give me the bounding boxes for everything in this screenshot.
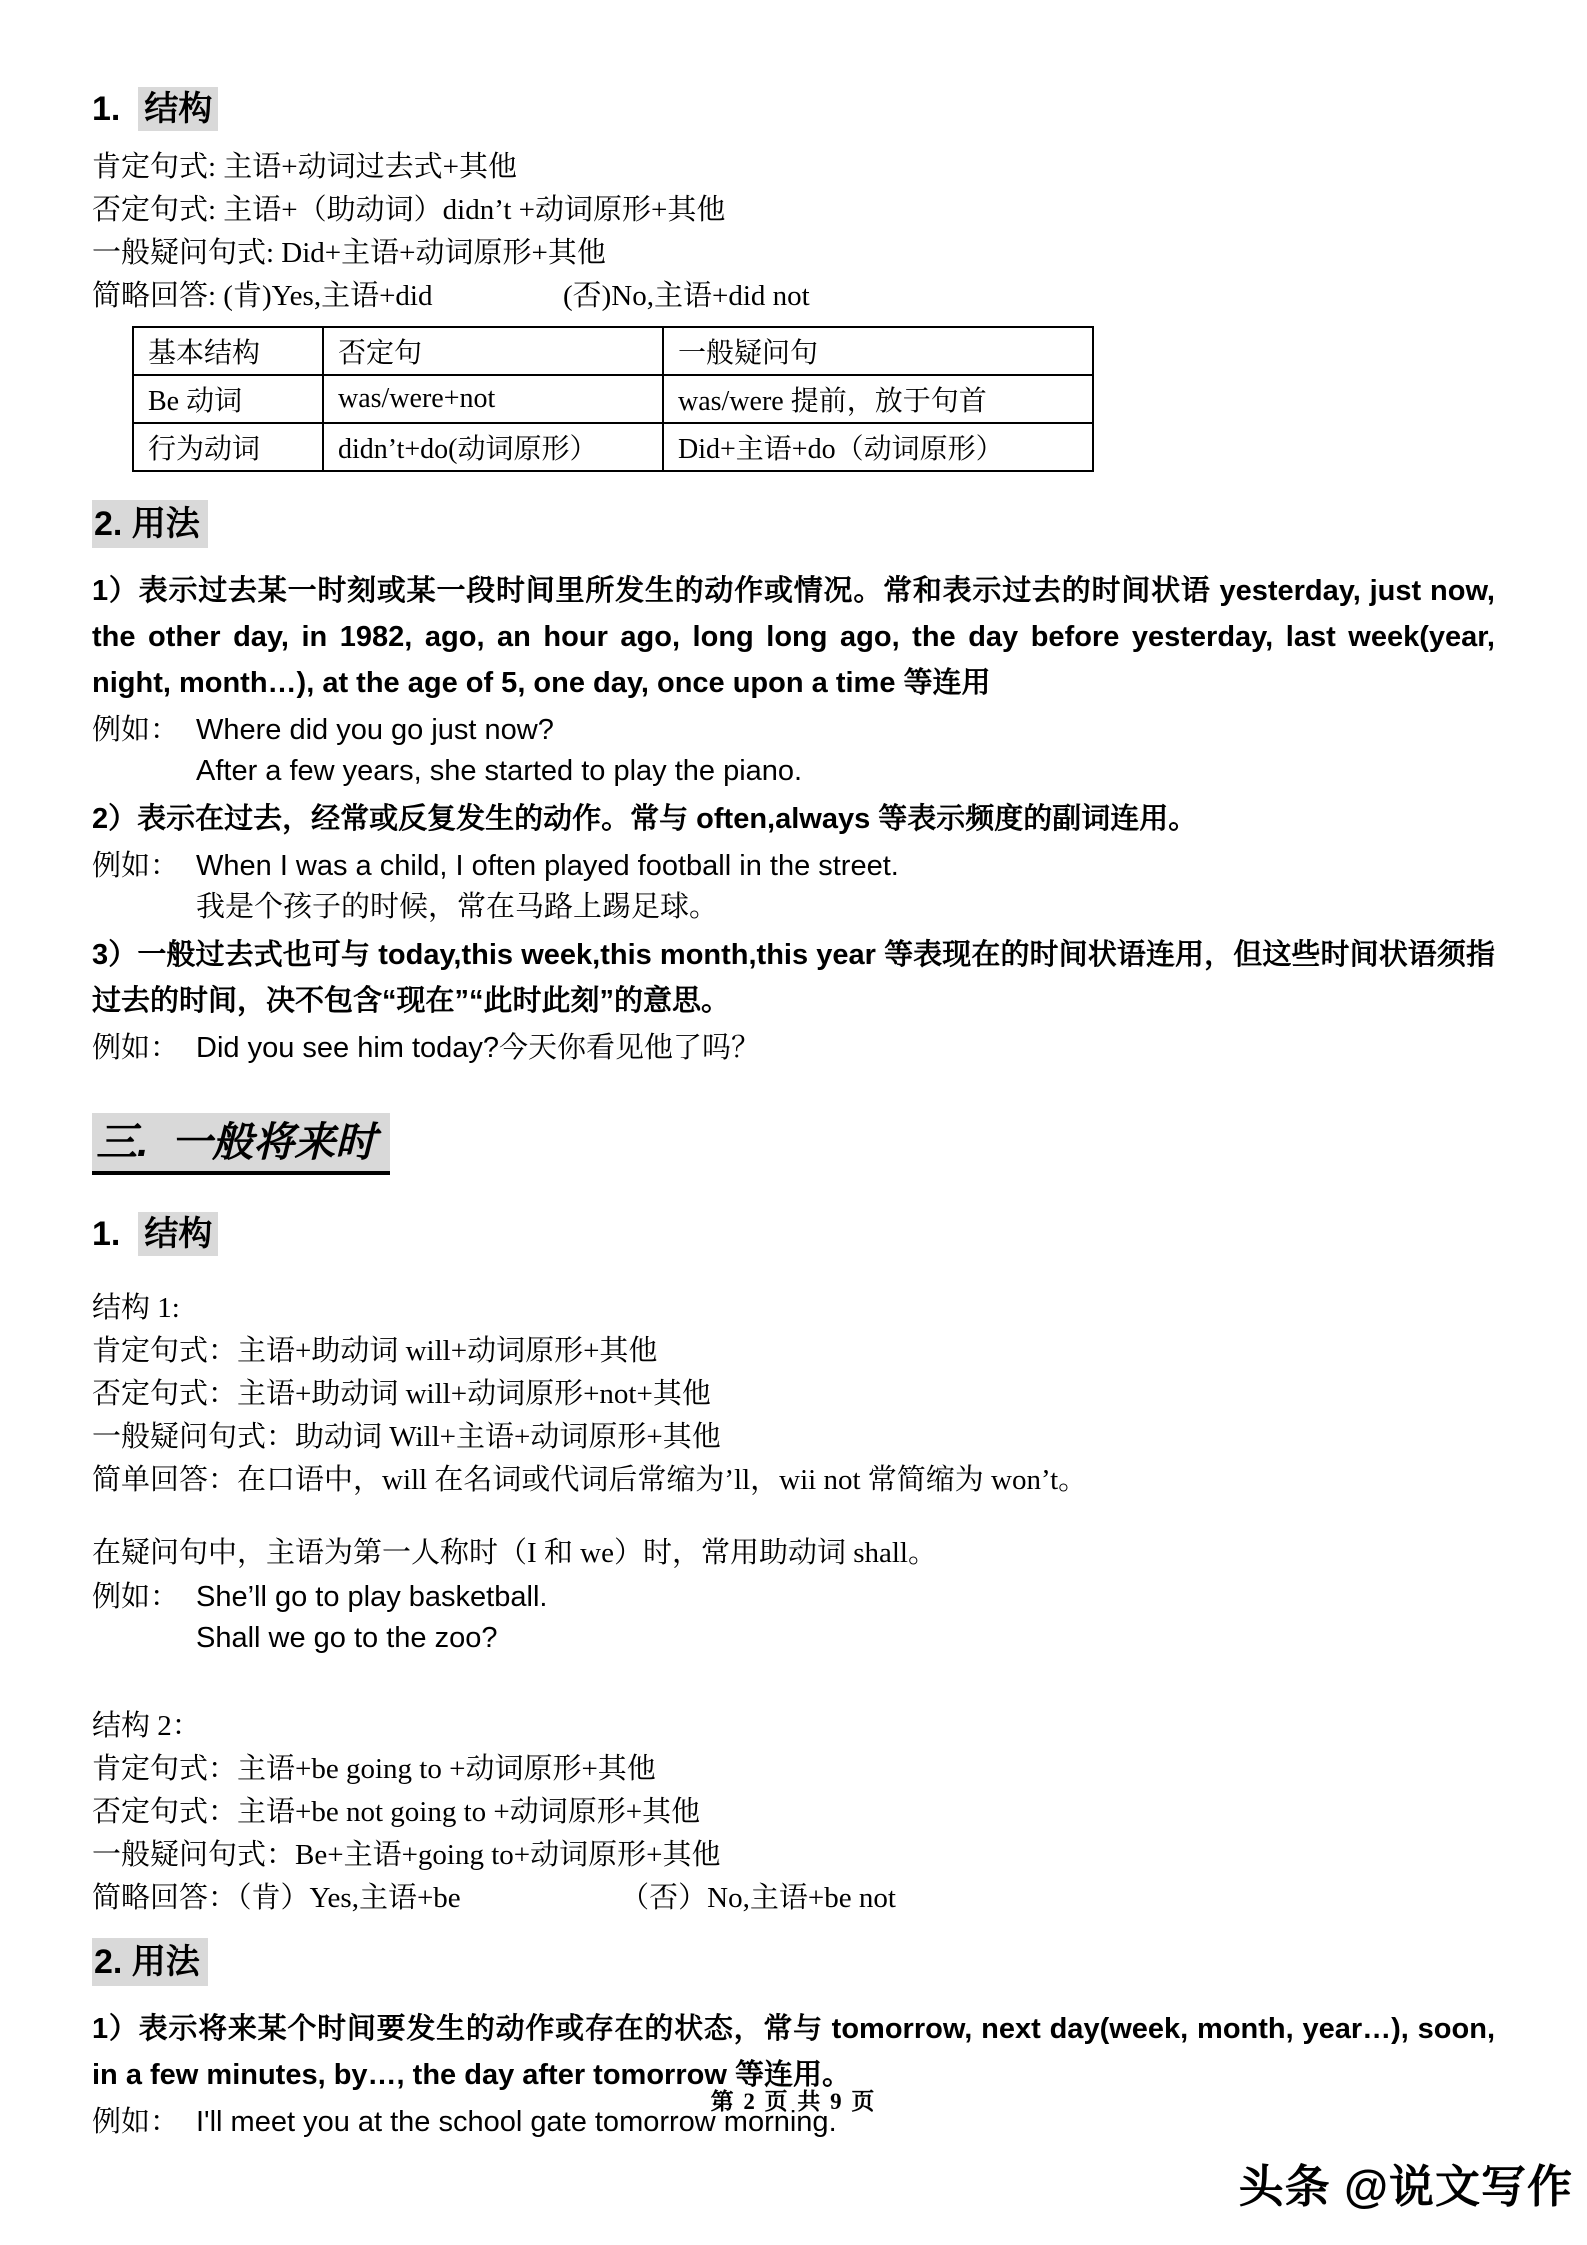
watermark: 头条 @说文写作 bbox=[1239, 2150, 1573, 2215]
table-header-cell: 基本结构 bbox=[133, 327, 323, 375]
table-row: 基本结构 否定句 一般疑问句 bbox=[133, 327, 1093, 375]
example-line: Did you see him today?今天你看见他了吗？ bbox=[196, 1028, 760, 1069]
structure-line-negative: 否定句式：主语+be not going to +动词原形+其他 bbox=[92, 1791, 1495, 1834]
future-usage-heading: 2. 用法 bbox=[92, 1938, 208, 1986]
table-cell: was/were+not bbox=[323, 375, 663, 423]
structure1-title: 结构 1: bbox=[92, 1287, 1495, 1330]
example-line: When I was a child, I often played footb… bbox=[196, 846, 899, 887]
heading-number: 1. bbox=[92, 90, 120, 128]
past-usage-heading: 2. 用法 bbox=[92, 500, 208, 548]
example-line: Shall we go to the zoo? bbox=[196, 1618, 547, 1659]
example-line: 我是个孩子的时候，常在马路上踢足球。 bbox=[196, 887, 899, 928]
table-cell: 行为动词 bbox=[133, 423, 323, 471]
structure-line-short-answer: 简略回答: (肯)Yes,主语+did (否)No,主语+did not bbox=[92, 275, 1495, 318]
heading-number: 1. bbox=[92, 1215, 120, 1253]
example-prefix: 例如： bbox=[92, 1028, 196, 1069]
past-structure-heading: 1.结构 bbox=[92, 86, 1495, 132]
structure2-title: 结构 2： bbox=[92, 1705, 1495, 1748]
table-cell: didn’t+do(动词原形） bbox=[323, 423, 663, 471]
example-block: 例如： When I was a child, I often played f… bbox=[92, 846, 1495, 928]
example-block: 例如： Did you see him today?今天你看见他了吗？ bbox=[92, 1028, 1495, 1069]
future-section-heading: 三. 一般将来时 bbox=[92, 1113, 1495, 1175]
structure-line-question: 一般疑问句式: Did+主语+动词原形+其他 bbox=[92, 232, 1495, 275]
example-line: After a few years, she started to play t… bbox=[196, 751, 802, 792]
example-line: Where did you go just now? bbox=[196, 710, 802, 751]
footer-page-number: 第 2 页 共 9 页 bbox=[0, 2083, 1587, 2116]
grammar-table: 基本结构 否定句 一般疑问句 Be 动词 was/were+not was/we… bbox=[132, 326, 1094, 472]
structure-line-question: 一般疑问句式：Be+主语+going to+动词原形+其他 bbox=[92, 1834, 1495, 1877]
structure-line-affirmative: 肯定句式：主语+be going to +动词原形+其他 bbox=[92, 1748, 1495, 1791]
usage-paragraph-2: 2）表示在过去，经常或反复发生的动作。常与 often,always 等表示频度… bbox=[92, 796, 1495, 842]
example-prefix: 例如： bbox=[92, 846, 196, 928]
table-header-cell: 一般疑问句 bbox=[663, 327, 1093, 375]
structure-line-affirmative: 肯定句式: 主语+动词过去式+其他 bbox=[92, 146, 1495, 189]
example-block: 例如： She’ll go to play basketball. Shall … bbox=[92, 1577, 1495, 1659]
table-row: 行为动词 didn’t+do(动词原形） Did+主语+do（动词原形） bbox=[133, 423, 1093, 471]
document-page: 1.结构 肯定句式: 主语+动词过去式+其他 否定句式: 主语+（助动词）did… bbox=[0, 0, 1587, 2143]
structure-line-negative: 否定句式：主语+助动词 will+动词原形+not+其他 bbox=[92, 1373, 1495, 1416]
table-header-cell: 否定句 bbox=[323, 327, 663, 375]
structure-line-affirmative: 肯定句式：主语+助动词 will+动词原形+其他 bbox=[92, 1330, 1495, 1373]
shall-note: 在疑问句中，主语为第一人称时（I 和 we）时，常用助动词 shall。 bbox=[92, 1532, 1495, 1575]
table-cell: was/were 提前，放于句首 bbox=[663, 375, 1093, 423]
table-cell: Be 动词 bbox=[133, 375, 323, 423]
example-block: 例如： Where did you go just now? After a f… bbox=[92, 710, 1495, 792]
structure-line-negative: 否定句式: 主语+（助动词）didn’t +动词原形+其他 bbox=[92, 189, 1495, 232]
heading-label: 结构 bbox=[138, 87, 218, 131]
table-row: Be 动词 was/were+not was/were 提前，放于句首 bbox=[133, 375, 1093, 423]
example-prefix: 例如： bbox=[92, 1577, 196, 1659]
example-prefix: 例如： bbox=[92, 710, 196, 792]
usage-paragraph-1: 1）表示过去某一时刻或某一段时间里所发生的动作或情况。常和表示过去的时间状语 y… bbox=[92, 568, 1495, 706]
future-structure-heading: 1.结构 bbox=[92, 1211, 1495, 1257]
table-cell: Did+主语+do（动词原形） bbox=[663, 423, 1093, 471]
structure-line-short-answer: 简单回答：在口语中，will 在名词或代词后常缩为’ll，wii not 常简缩… bbox=[92, 1459, 1495, 1502]
structure-line-short-answer: 简略回答：（肯）Yes,主语+be （否）No,主语+be not bbox=[92, 1877, 1495, 1920]
heading-label: 结构 bbox=[138, 1212, 218, 1256]
usage-paragraph-3: 3）一般过去式也可与 today,this week,this month,th… bbox=[92, 932, 1495, 1024]
example-line: She’ll go to play basketball. bbox=[196, 1577, 547, 1618]
structure-line-question: 一般疑问句式：助动词 Will+主语+动词原形+其他 bbox=[92, 1416, 1495, 1459]
future-section-title: 三. 一般将来时 bbox=[92, 1113, 390, 1175]
